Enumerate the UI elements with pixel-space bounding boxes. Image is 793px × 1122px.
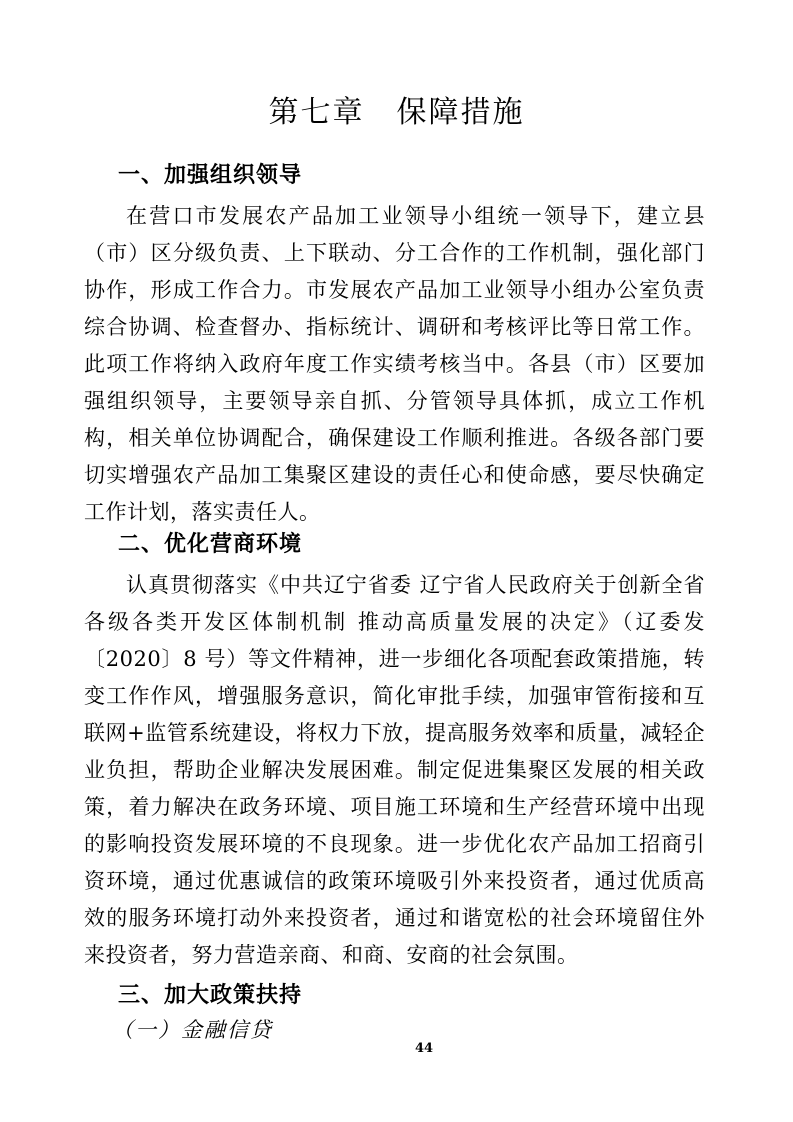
section-heading-1: 一、加强组织领导	[118, 164, 705, 188]
page-number: 44	[415, 1042, 433, 1056]
page-content: 一、加强组织领导 在营口市发展农产品加工业领导小组统一领导下，建立县（市）区分级…	[84, 164, 705, 1043]
section-1-paragraph: 在营口市发展农产品加工业领导小组统一领导下，建立县（市）区分级负责、上下联动、分…	[84, 198, 705, 531]
section-heading-2: 二、优化营商环境	[118, 533, 705, 557]
subsection-heading-finance-credit: （一）金融信贷	[112, 1017, 705, 1043]
chapter-title: 第七章 保障措施	[0, 0, 793, 136]
section-2-paragraph: 认真贯彻落实《中共辽宁省委 辽宁省人民政府关于创新全省各级各类开发区体制机制 推…	[84, 567, 705, 974]
document-page: 第七章 保障措施 一、加强组织领导 在营口市发展农产品加工业领导小组统一领导下，…	[0, 0, 793, 1122]
section-heading-3: 三、加大政策扶持	[118, 984, 705, 1008]
